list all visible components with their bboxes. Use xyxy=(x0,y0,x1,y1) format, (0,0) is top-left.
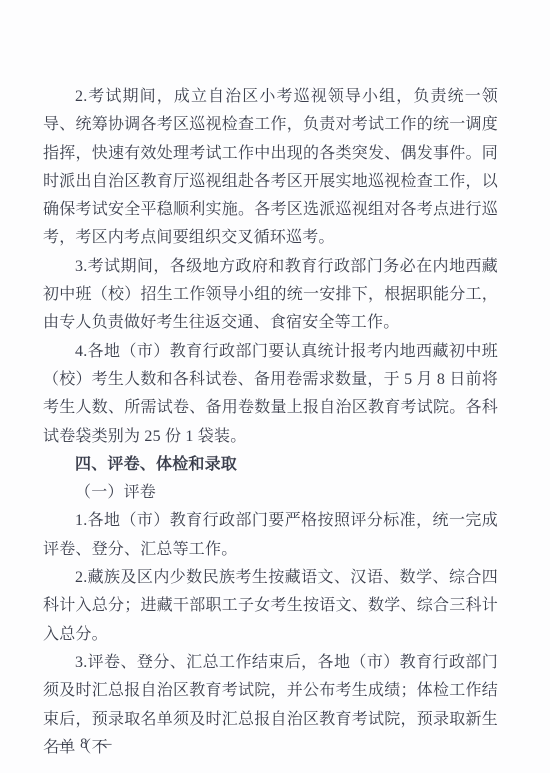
document-body: 2.考试期间，成立自治区小考巡视领导小组，负责统一领导、统筹协调各考区巡视检查工… xyxy=(43,83,498,762)
page-number: — 8 — xyxy=(56,736,115,753)
paragraph-supervision-group: 2.考试期间，成立自治区小考巡视领导小组，负责统一领导、统筹协调各考区巡视检查工… xyxy=(43,83,498,253)
document-page: 2.考试期间，成立自治区小考巡视领导小组，负责统一领导、统筹协调各考区巡视检查工… xyxy=(0,0,550,773)
paragraph-score-composition: 2.藏族及区内少数民族考生按藏语文、汉语、数学、综合四科计入总分；进藏干部职工子… xyxy=(43,564,498,649)
section-heading-grading-physical-admission: 四、评卷、体检和录取 xyxy=(43,451,498,479)
paragraph-grading-standards: 1.各地（市）教育行政部门要严格按照评分标准，统一完成评卷、登分、汇总等工作。 xyxy=(43,507,498,564)
sub-heading-grading: （一）评卷 xyxy=(43,479,498,507)
paragraph-local-government-duties: 3.考试期间，各级地方政府和教育行政部门务必在内地西藏初中班（校）招生工作领导小… xyxy=(43,253,498,338)
paragraph-exam-paper-statistics: 4.各地（市）教育行政部门要认真统计报考内地西藏初中班（校）考生人数和各科试卷、… xyxy=(43,338,498,451)
